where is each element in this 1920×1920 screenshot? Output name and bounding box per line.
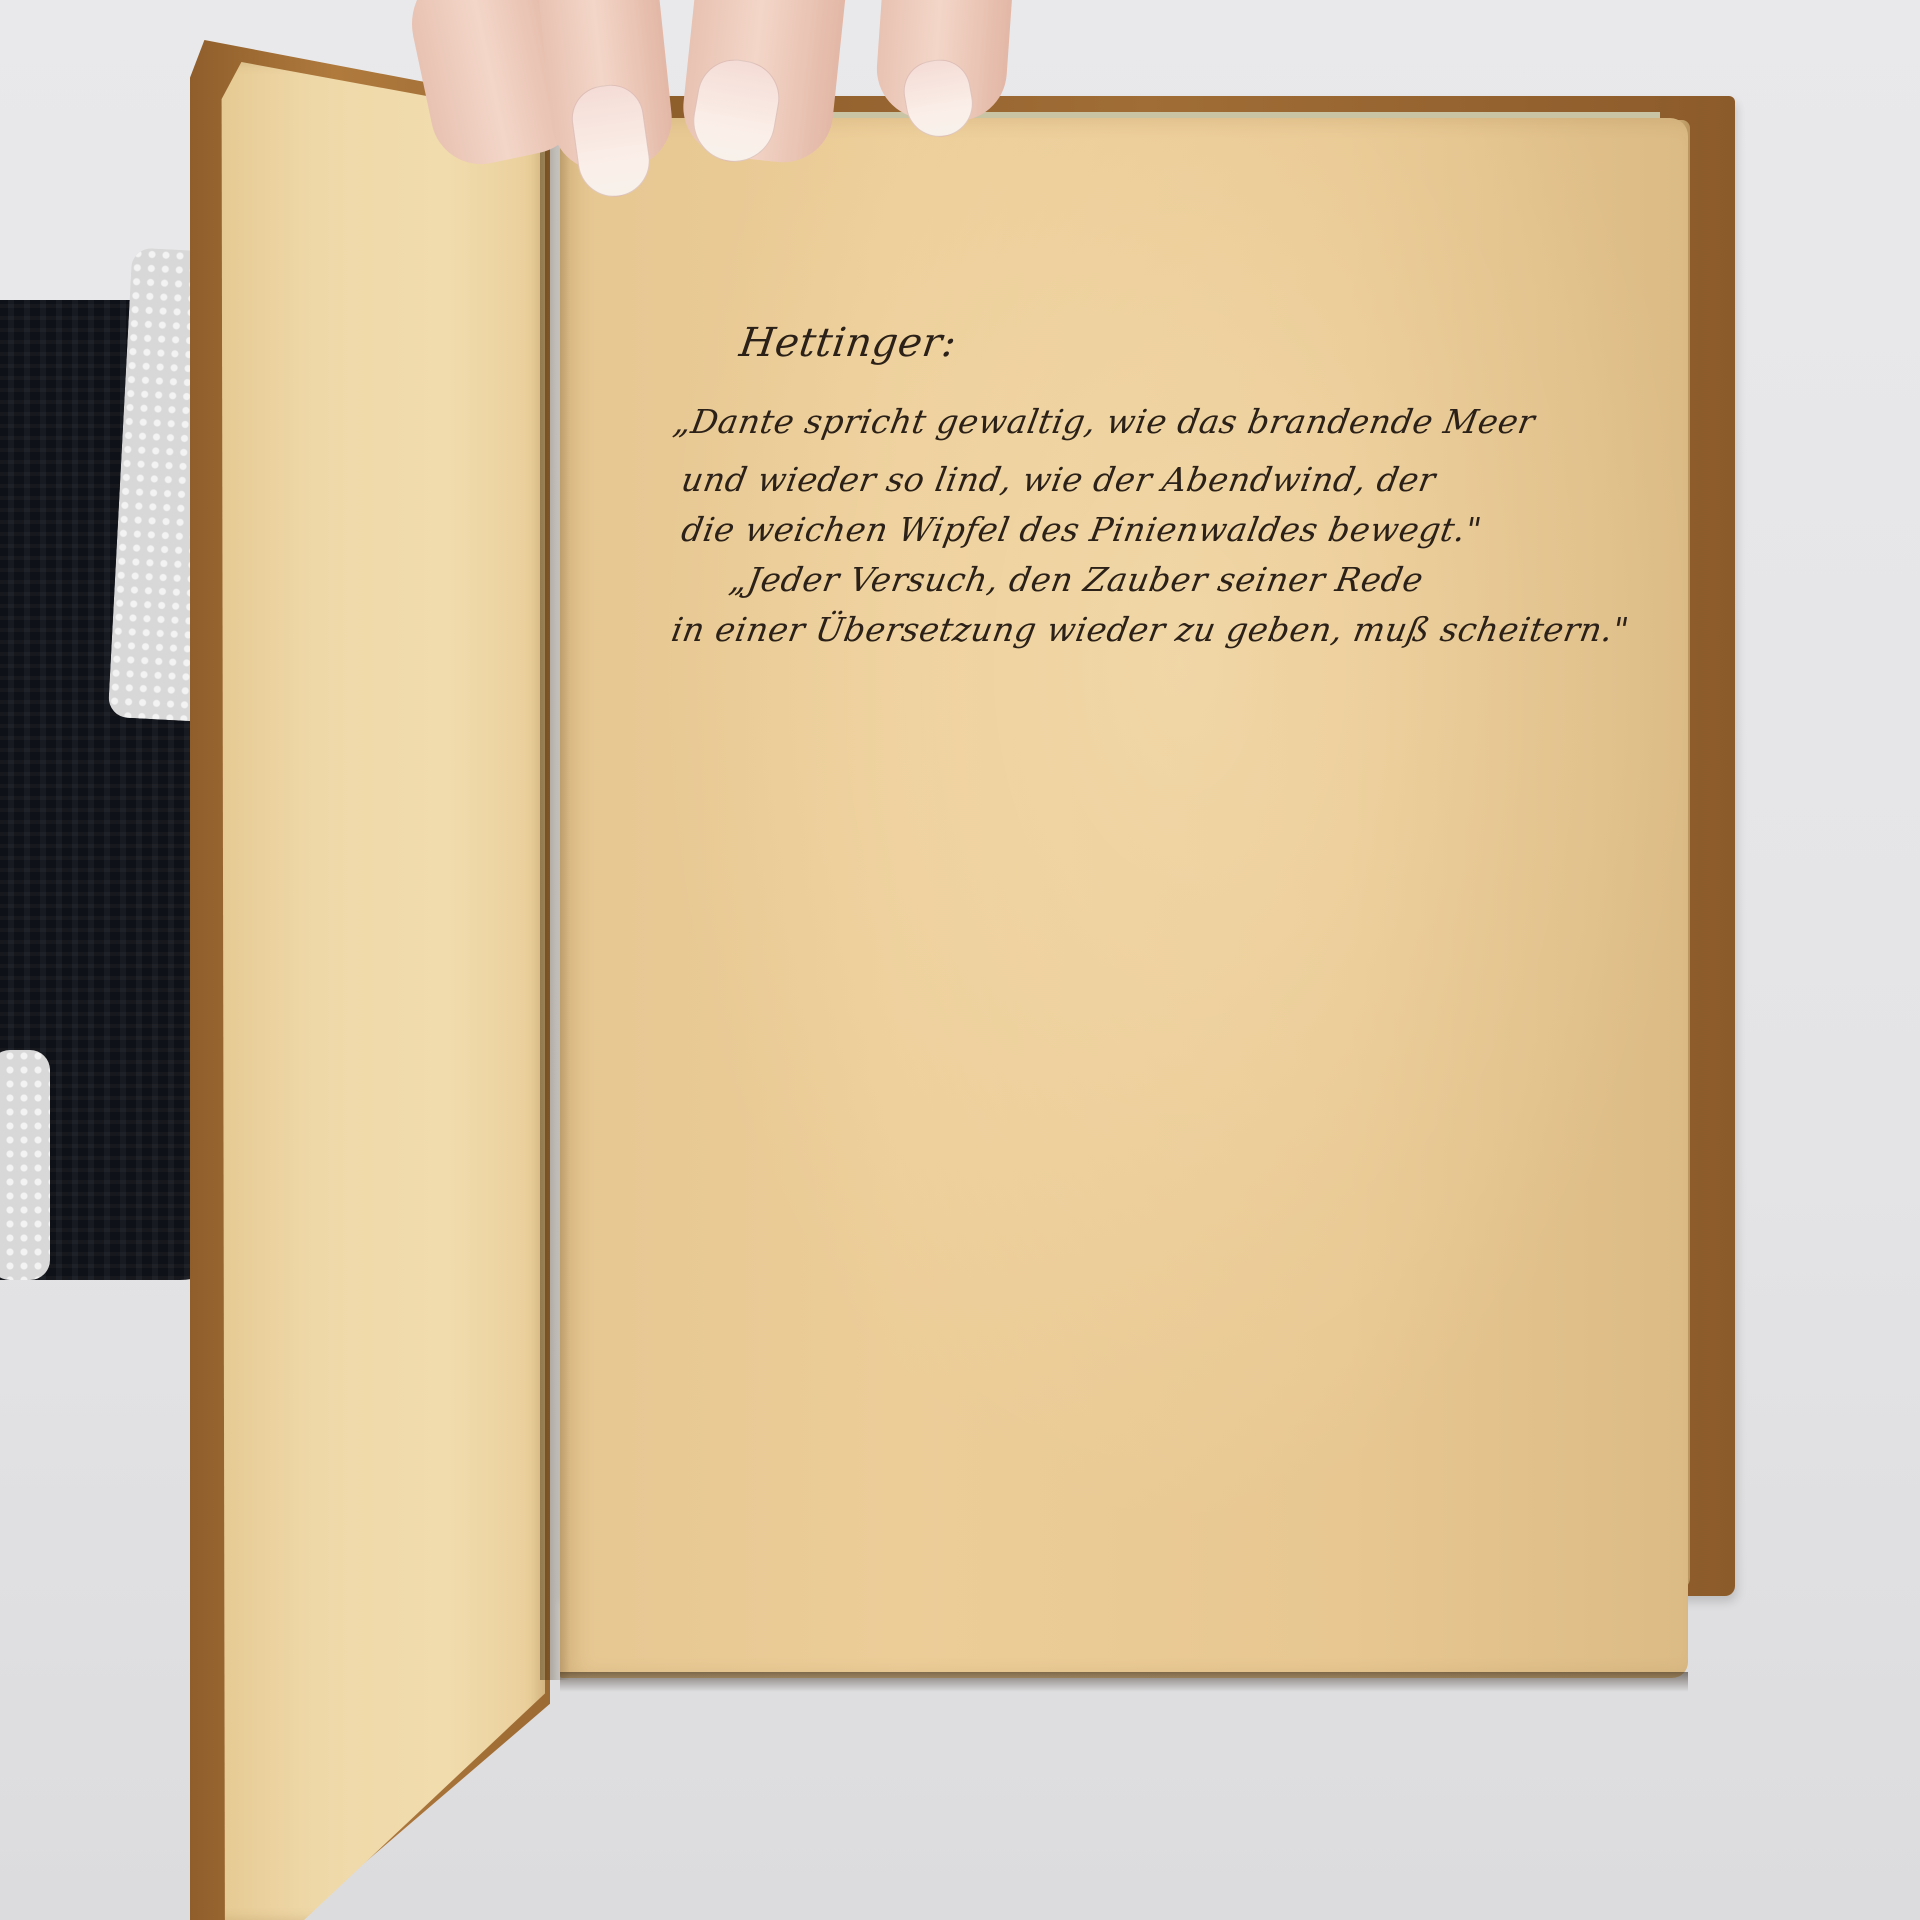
inscription-line: die weichen Wipfel des Pinienwaldes bewe… (679, 510, 1485, 549)
book-bottom-shadow (560, 1672, 1688, 1692)
book-right-page (560, 118, 1688, 1678)
inscription-line: und wieder so lind, wie der Abendwind, d… (679, 460, 1439, 499)
book-gutter-shadow (540, 110, 570, 1680)
book-front-endpaper (215, 62, 545, 1920)
knit-sleeve-cuff-lower (0, 1050, 50, 1280)
photo-scene: Hettinger: „Dante spricht gewaltig, wie … (0, 0, 1920, 1920)
inscription-line: „Jeder Versuch, den Zauber seiner Rede (727, 560, 1427, 599)
inscription-line: in einer Übersetzung wieder zu geben, mu… (669, 610, 1633, 649)
inscription-line: „Dante spricht gewaltig, wie das branden… (671, 402, 1539, 441)
inscription-heading: Hettinger: (737, 320, 960, 366)
